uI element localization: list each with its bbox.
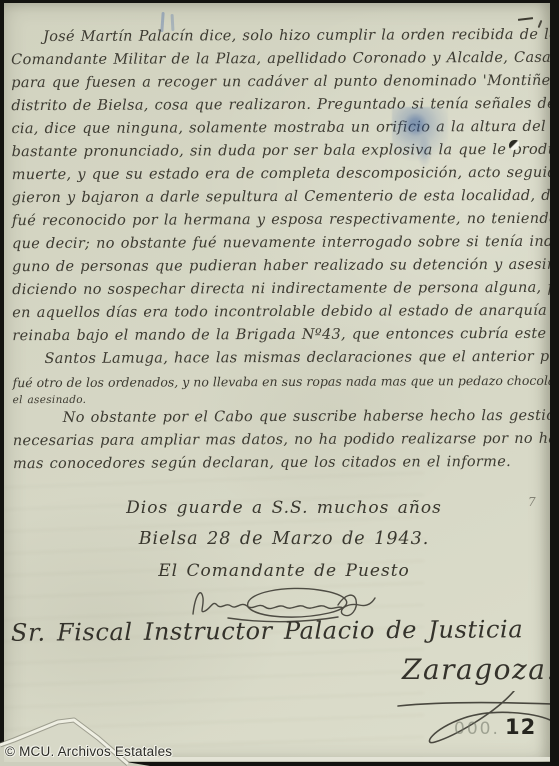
- body-line: Santos Lamuga, hace las mismas declaraci…: [12, 346, 544, 371]
- page-number: 12: [505, 715, 536, 739]
- watermark-copyright: © MCU. Archivos Estatales: [5, 744, 172, 759]
- body-line: en aquellos días era todo incontrolable …: [12, 300, 544, 325]
- closing-block: Dios guarde a S.S. muchos años Bielsa 28…: [84, 493, 484, 588]
- body-line: guno de personas que pudieran haber real…: [12, 254, 544, 279]
- blue-ink-smudge-top: [171, 14, 175, 31]
- body-line: fué otro de los ordenados, y no llevaba …: [13, 369, 545, 394]
- body-text: José Martín Palacín dice, solo hizo cump…: [11, 24, 545, 476]
- document-scan: José Martín Palacín dice, solo hizo cump…: [0, 0, 559, 766]
- body-line: fué reconocido por la hermana y esposa r…: [12, 208, 544, 233]
- document-page: José Martín Palacín dice, solo hizo cump…: [4, 3, 550, 762]
- pen-dash-top-right: [518, 17, 533, 21]
- addressee-line: Sr. Fiscal Instructor Palacio de Justici…: [11, 615, 523, 647]
- addressee-city: Zaragoza.: [402, 653, 550, 686]
- body-line: reinaba bajo el mando de la Brigada Nº43…: [12, 323, 544, 348]
- body-line: bastante pronunciado, sin duda por ser b…: [12, 139, 544, 164]
- body-line: muerte, y que su estado era de completa …: [12, 162, 544, 187]
- page-stamp: 000. 12: [454, 715, 536, 739]
- stray-mark: 7: [528, 495, 536, 509]
- body-line: José Martín Palacín dice, solo hizo cump…: [11, 24, 543, 49]
- closing-dateline: Bielsa 28 de Marzo de 1943.: [84, 523, 484, 555]
- body-line: No obstante por el Cabo que suscribe hab…: [13, 405, 545, 430]
- body-line: distrito de Bielsa, cosa que realizaron.…: [11, 93, 543, 118]
- bottom-page-edge: [122, 757, 550, 761]
- body-line: cia, dice que ninguna, solamente mostrab…: [11, 116, 543, 141]
- body-line: gieron y bajaron a darle sepultura al Ce…: [12, 185, 544, 210]
- body-line: que decir; no obstante fué nuevamente in…: [12, 231, 544, 256]
- body-line: para que fuesen a recoger un cadáver al …: [11, 70, 543, 95]
- body-line: mas conocedores según declaran, que los …: [13, 451, 545, 476]
- closing-salute: Dios guarde a S.S. muchos años: [84, 493, 484, 523]
- body-line: Comandante Militar de la Plaza, apellida…: [11, 47, 543, 72]
- paper-hole: [509, 140, 519, 150]
- page-stamp-faint: 000.: [454, 719, 500, 739]
- body-line: necesarias para ampliar mas datos, no ha…: [13, 428, 545, 453]
- body-line: diciendo no sospechar directa ni indirec…: [12, 277, 544, 302]
